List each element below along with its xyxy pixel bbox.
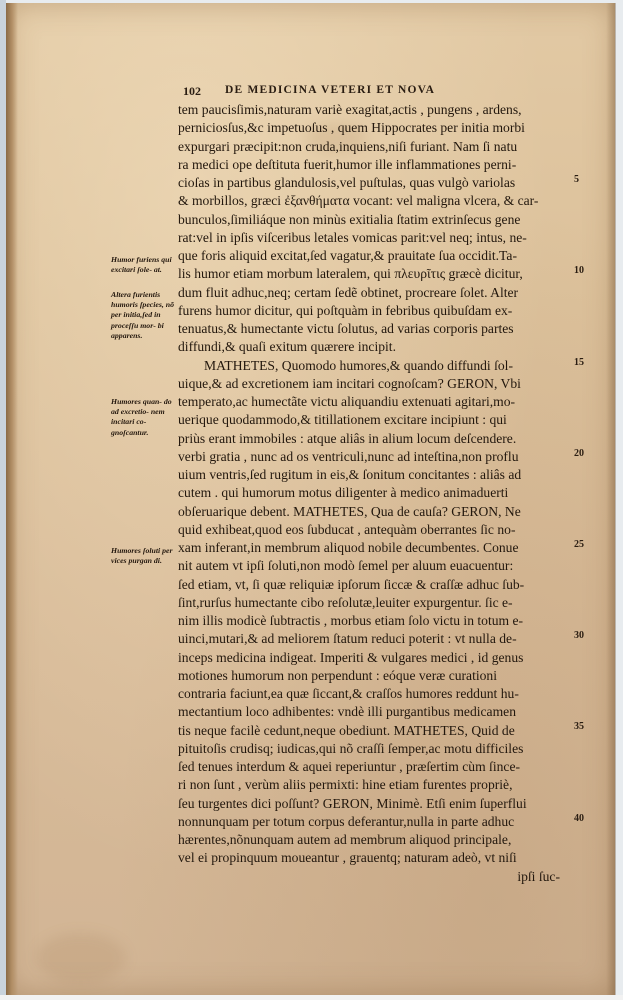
text-line: lis humor etiam morbum lateralem, qui πλ…	[178, 265, 570, 283]
text-line: expurgari præcipit:non cruda,inquiens,ni…	[178, 138, 570, 156]
text-line: nim illis modicè ſubtractis , morbus eti…	[178, 612, 570, 630]
line-number: 20	[574, 448, 584, 459]
paper-stain	[36, 933, 126, 983]
line-number: 10	[574, 265, 584, 276]
text-line: uinci,mutari,& ad meliorem ſtatum reduci…	[178, 630, 570, 648]
text-line: nonnunquam per totum corpus deferantur,n…	[178, 813, 570, 831]
line-number: 15	[574, 357, 584, 368]
text-line: ſed tenues interdum & aquei reperiuntur …	[178, 758, 570, 776]
text-line: contraria faciunt,ea quæ ſiccant,& craſſ…	[178, 685, 570, 703]
text-line: hærentes,nõnunquam autem ad membrum aliq…	[178, 831, 570, 849]
margin-note: Humor furiens qui excitari ſole- at.	[111, 255, 177, 275]
margin-note: Humores quan- do ad excretio- nem incita…	[111, 397, 177, 438]
text-line: & morbillos, græci ἐξανθήματα vocant: ve…	[178, 192, 570, 210]
text-line: perniciosſus,&c impetuoſus , quem Hippoc…	[178, 119, 570, 137]
page-number: 102	[183, 84, 201, 99]
page-gutter-shadow	[6, 3, 18, 995]
text-line: ra medici ope deſtituta fuerit,humor ill…	[178, 156, 570, 174]
text-line: ſint,rurſus humectante cibo reſolutæ,leu…	[178, 594, 570, 612]
text-line: ri non ſunt , verùm aliis permixti: hine…	[178, 776, 570, 794]
text-line: tenuatus,& humectante victu ſolutus, ad …	[178, 320, 570, 338]
text-line: quid exhibeat,quod eos ſubducat , antequ…	[178, 521, 570, 539]
text-line: priùs erant immobiles : atque aliâs in a…	[178, 430, 570, 448]
catchword: ipſi ſuc-	[178, 868, 570, 886]
line-number: 35	[574, 721, 584, 732]
text-line: bunculos,ſimiliáque non minùs exitialia …	[178, 211, 570, 229]
text-line: vel ei propinquum moueantur , grauentq; …	[178, 849, 570, 867]
text-line: inceps medicina indigeat. Imperiti & vul…	[178, 649, 570, 667]
text-line: uium ventris,ſed rugitum in eis,& ſonitu…	[178, 466, 570, 484]
line-number: 5	[574, 174, 579, 185]
text-line: xam inferant,in membrum aliquod nobile d…	[178, 539, 570, 557]
text-line: motiones humorum non perpendunt : eóque …	[178, 667, 570, 685]
line-number: 30	[574, 630, 584, 641]
text-line: ſed etiam, vt, ſi quæ reliquiæ ipſorum ſ…	[178, 576, 570, 594]
line-number: 40	[574, 813, 584, 824]
viewer-bottom-edge	[0, 995, 623, 1000]
page-edge-shadow	[606, 3, 616, 995]
text-line: verbi gratia , nunc ad os ventriculi,nun…	[178, 448, 570, 466]
text-line: que foris aliquid excitat,ſed vagatur,& …	[178, 247, 570, 265]
text-line: tis neque facilè cedunt,neque obediunt. …	[178, 722, 570, 740]
text-line: diffundi,& quaſi exitum quærere incipit.	[178, 338, 570, 356]
text-line: furens humor dicitur, qui poſtquàm in fe…	[178, 302, 570, 320]
margin-note: Humores ſoluti per vices purgan di.	[111, 546, 177, 566]
text-line: ſeu turgentes dici poſſunt? GERON, Minim…	[178, 795, 570, 813]
main-text-block: tem paucisſimis,naturam variè exagitat,a…	[178, 101, 570, 886]
running-title: DE MEDICINA VETERI ET NOVA	[225, 84, 435, 96]
text-line: uerique quodammodo,& titillationem excit…	[178, 411, 570, 429]
text-line: temperato,ac humectãte victu aliquandiu …	[178, 393, 570, 411]
margin-note: Altera furientis humoris ſpecies, nõ per…	[111, 290, 177, 341]
text-line: rat:vel in ipſis viſceribus letales vomi…	[178, 229, 570, 247]
text-line: uique,& ad excretionem iam incitari cogn…	[178, 375, 570, 393]
text-line: tem paucisſimis,naturam variè exagitat,a…	[178, 101, 570, 119]
text-line: mectantium loco adhibentes: vndè illi pu…	[178, 703, 570, 721]
text-line: cioſas in partibus glandulosis,vel puſtu…	[178, 174, 570, 192]
text-line: dum fluit adhuc,neq; certam ſedẽ obtinet…	[178, 284, 570, 302]
text-line: obſeruarique debent. MATHETES, Qua de ca…	[178, 503, 570, 521]
text-line-paragraph-start: MATHETES, Quomodo humores,& quando diffu…	[178, 357, 570, 375]
text-line: nit autem vt ipſi ſoluti,non modò ſemel …	[178, 557, 570, 575]
line-number: 25	[574, 539, 584, 550]
page-header: 102 DE MEDICINA VETERI ET NOVA	[183, 84, 583, 102]
text-line: cutem . qui humorum motus diligenter à m…	[178, 484, 570, 502]
text-line: pituitoſis crudisq; iudicas,qui nõ craſſ…	[178, 740, 570, 758]
